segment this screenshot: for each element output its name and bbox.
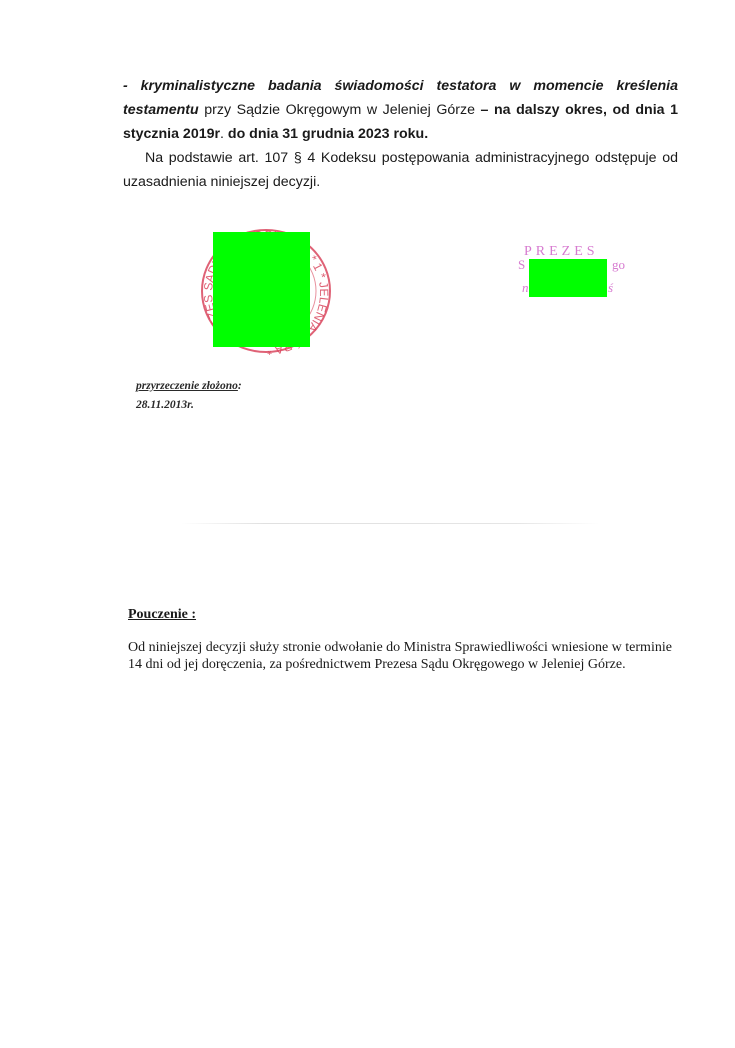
oath-note: przyrzeczenie złożono: 28.11.2013r. [136,377,242,415]
legal-basis-paragraph: Na podstawie art. 107 § 4 Kodeksu postęp… [123,146,678,194]
period-end-text: do dnia 31 grudnia 2023 roku. [228,126,428,142]
court-text: przy Sądzie Okręgowym w Jeleniej Górze [199,102,481,118]
prezes-title: PREZES [524,244,599,260]
bullet-dash: - [123,78,128,94]
redaction-box-seal [213,232,310,347]
prezes-line3-start: n [522,280,529,296]
prezes-line2-end: go [612,257,625,273]
prezes-line3-end: ś [608,280,613,296]
oath-label: przyrzeczenie złożono [136,380,238,392]
decision-paragraph: - kryminalistyczne badania świadomości t… [123,74,678,146]
period-separator: . [220,126,228,142]
oath-date: 28.11.2013r. [136,396,242,415]
redaction-box-prezes [529,259,607,297]
instruction-text: Od niniejszej decyzji służy stronie odwo… [128,639,680,673]
oath-colon: : [238,380,242,392]
bleed-through-line [180,523,600,524]
prezes-line2-start: S [518,257,525,273]
instruction-title: Pouczenie : [128,607,196,623]
